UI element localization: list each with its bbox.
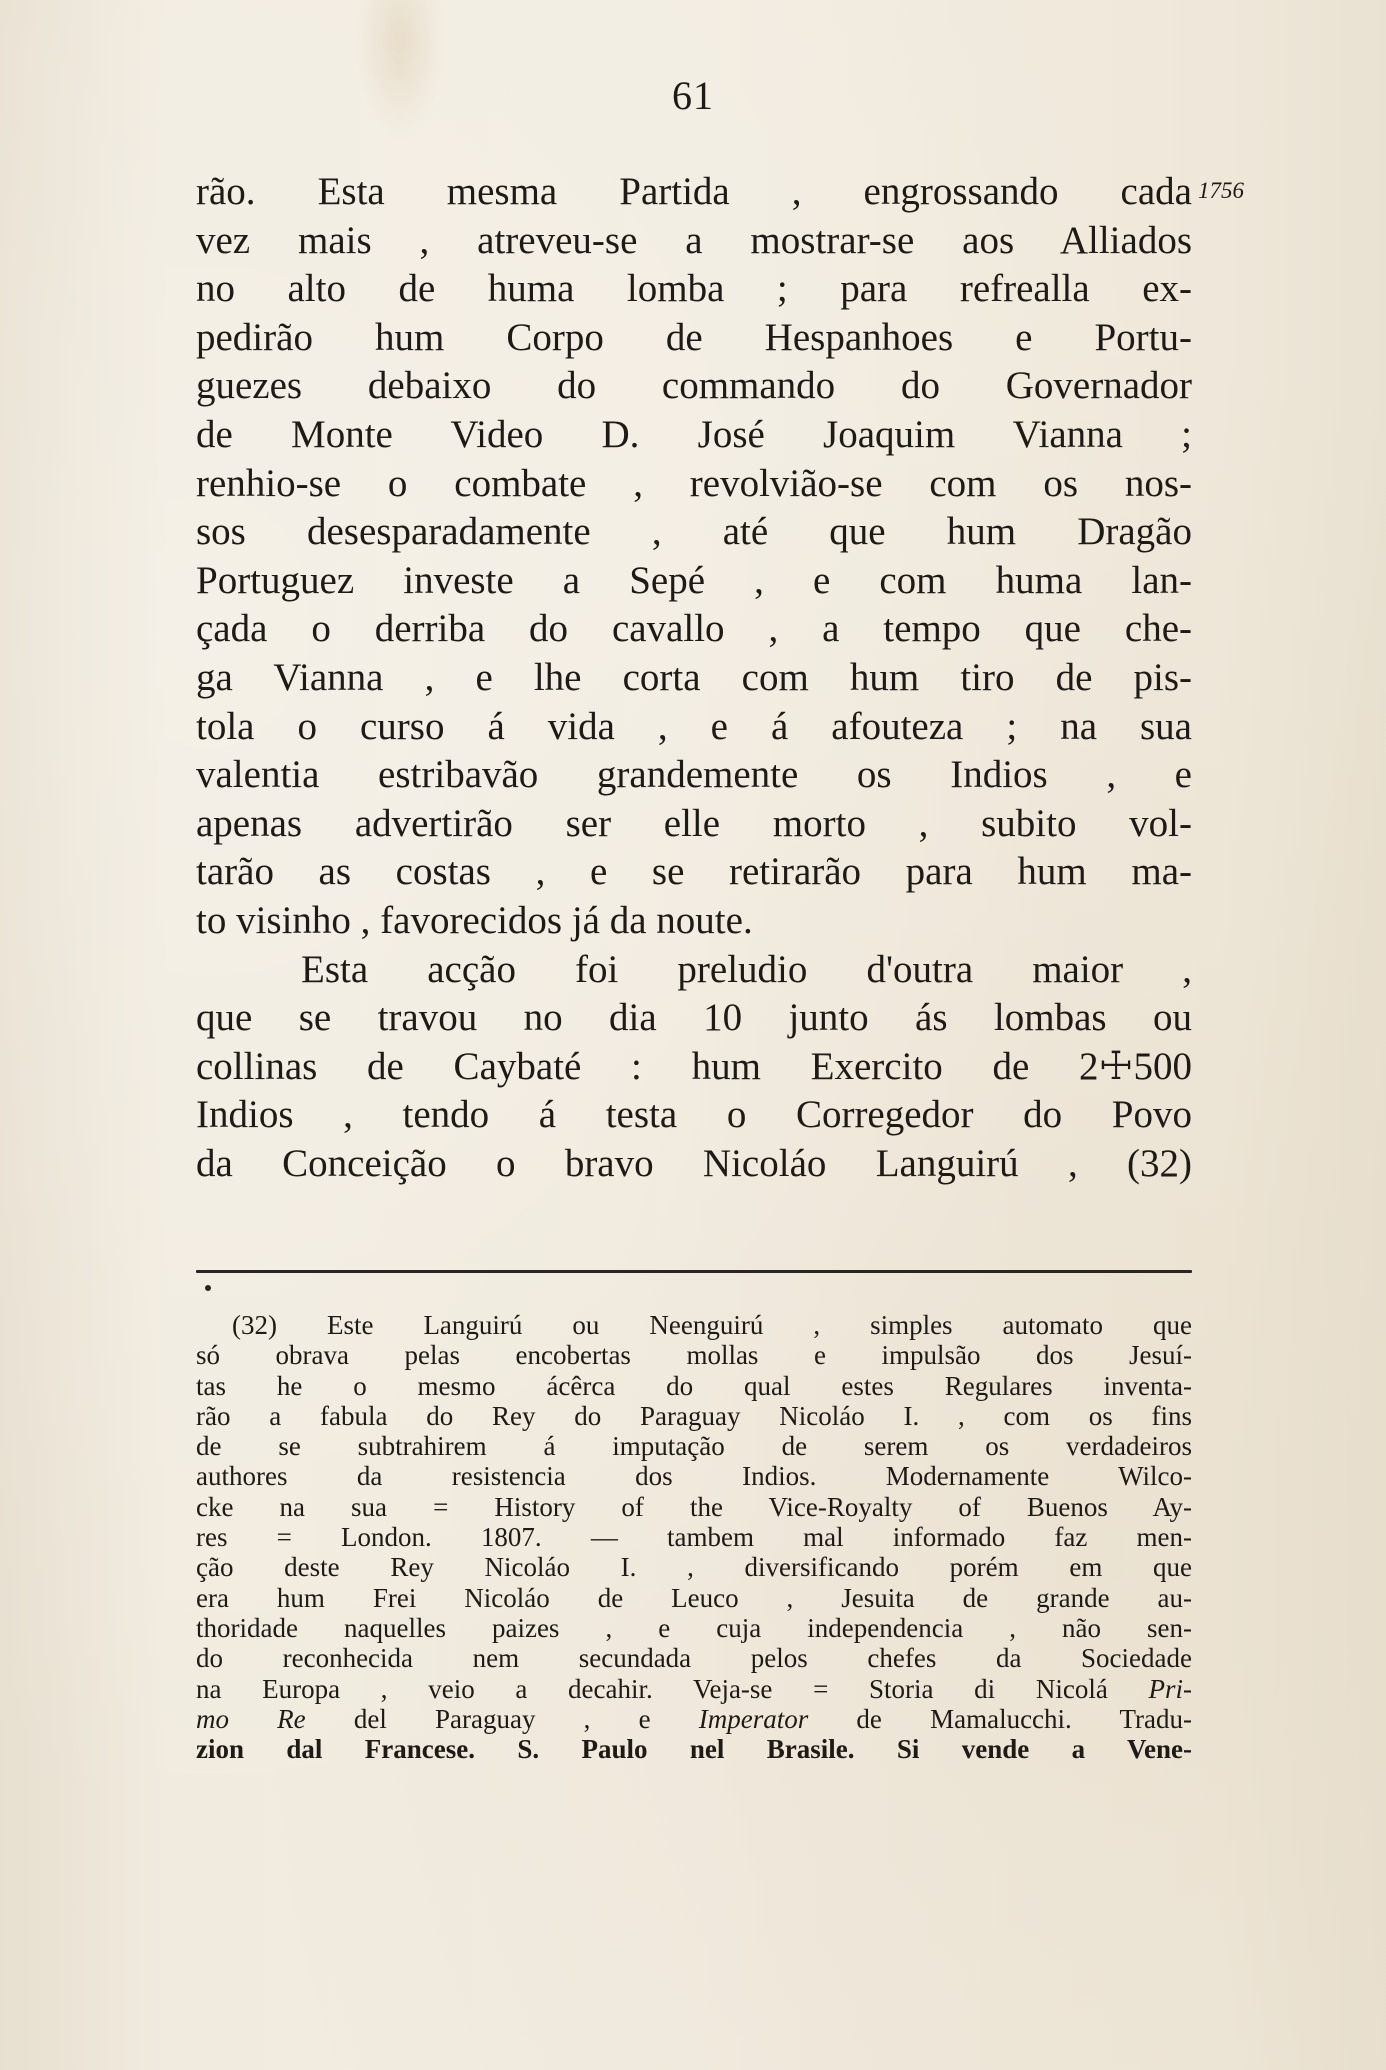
body-line: tola o curso á vida , e á afouteza ; na … [196, 703, 1192, 752]
footnote-italic-title: mo Re [196, 1704, 306, 1734]
footnote-line: de se subtrahirem á imputação de serem o… [196, 1431, 1192, 1461]
body-line: Indios , tendo á testa o Corregedor do P… [196, 1091, 1192, 1140]
body-line: de Monte Video D. José Joaquim Vianna ; [196, 411, 1192, 460]
ink-dot [205, 1285, 211, 1291]
footnote-text: na Europa , veio a decahir. Veja-se = St… [196, 1674, 1149, 1704]
body-line: ga Vianna , e lhe corta com hum tiro de … [196, 654, 1192, 703]
footnote-text: de Mamalucchi. Tradu- [808, 1704, 1192, 1734]
footnote-line: res = London. 1807. — tambem mal informa… [196, 1522, 1192, 1552]
body-line: tarão as costas , e se retirarão para hu… [196, 848, 1192, 897]
main-body-text: rão. Esta mesma Partida , engrossando ca… [196, 168, 1192, 1188]
body-line: no alto de huma lomba ; para refrealla e… [196, 265, 1192, 314]
footnote-line: só obrava pelas encobertas mollas e impu… [196, 1340, 1192, 1370]
footnote-line: thoridade naquelles paizes , e cuja inde… [196, 1613, 1192, 1643]
footnote-line: rão a fabula do Rey do Paraguay Nicoláo … [196, 1401, 1192, 1431]
body-line: rão. Esta mesma Partida , engrossando ca… [196, 168, 1192, 217]
footnote-italic-title: Imperator [699, 1704, 809, 1734]
footnote-text: del Paraguay , e [306, 1704, 699, 1734]
page-number: 61 [0, 72, 1386, 120]
footnote-line: do reconhecida nem secundada pelos chefe… [196, 1643, 1192, 1673]
body-line: apenas advertirão ser elle morto , subit… [196, 800, 1192, 849]
body-line: Portuguez investe a Sepé , e com huma la… [196, 557, 1192, 606]
footnote-line-bold: zion dal Francese. S. Paulo nel Brasile.… [196, 1734, 1192, 1764]
footnote-line: ção deste Rey Nicoláo I. , diversificand… [196, 1552, 1192, 1582]
footnote-line: cke na sua = History of the Vice-Royalty… [196, 1492, 1192, 1522]
margin-year-note: 1756 [1198, 176, 1244, 206]
body-line-paragraph-start: Esta acção foi preludio d'outra maior , [196, 946, 1192, 995]
footnote-line: tas he o mesmo ácêrca do qual estes Regu… [196, 1371, 1192, 1401]
footnote-separator-rule [196, 1270, 1192, 1273]
footnote-line-mixed: mo Re del Paraguay , e Imperator de Mama… [196, 1704, 1192, 1734]
body-line: renhio-se o combate , revolvião-se com o… [196, 460, 1192, 509]
body-line: vez mais , atreveu-se a mostrar-se aos A… [196, 217, 1192, 266]
body-line: collinas de Caybaté : hum Exercito de 2☩… [196, 1043, 1192, 1092]
footnote-line: (32) Este Languirú ou Neenguirú , simple… [196, 1310, 1192, 1340]
footnote-italic-title: Pri- [1149, 1674, 1193, 1704]
body-line: çada o derriba do cavallo , a tempo que … [196, 605, 1192, 654]
footnote-line: authores da resistencia dos Indios. Mode… [196, 1461, 1192, 1491]
footnote-line: era hum Frei Nicoláo de Leuco , Jesuita … [196, 1583, 1192, 1613]
body-line: guezes debaixo do commando do Governador [196, 362, 1192, 411]
footnote-32: (32) Este Languirú ou Neenguirú , simple… [196, 1310, 1192, 1764]
book-page: 61 1756 rão. Esta mesma Partida , engros… [0, 0, 1386, 2070]
body-line: valentia estribavão grandemente os Indio… [196, 751, 1192, 800]
body-line-with-footnote-ref: da Conceição o bravo Nicoláo Languirú , … [196, 1140, 1192, 1189]
body-line: pedirão hum Corpo de Hespanhoes e Portu- [196, 314, 1192, 363]
body-line: sos desesparadamente , até que hum Dragã… [196, 508, 1192, 557]
body-line-paragraph-end: to visinho , favorecidos já da noute. [196, 897, 1192, 946]
footnote-line-mixed: na Europa , veio a decahir. Veja-se = St… [196, 1674, 1192, 1704]
body-line: que se travou no dia 10 junto ás lombas … [196, 994, 1192, 1043]
